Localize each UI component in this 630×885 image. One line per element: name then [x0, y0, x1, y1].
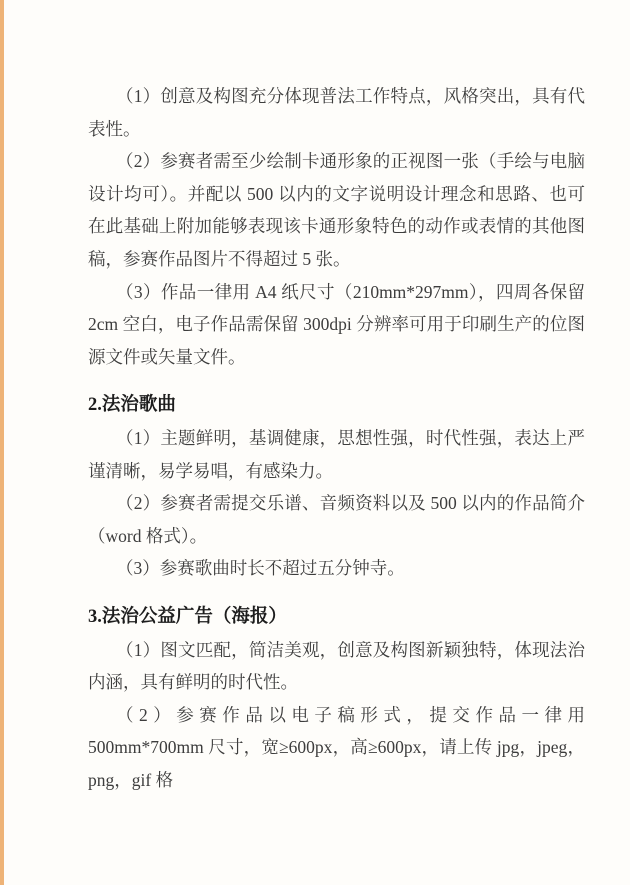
paragraph: （1）图文匹配，简洁美观，创意及构图新颖独特，体现法治内涵，具有鲜明的时代性。: [88, 634, 585, 699]
left-edge-accent-strip: [0, 0, 4, 885]
section-heading: 3.法治公益广告（海报）: [88, 601, 585, 634]
paragraph: （1）主题鲜明，基调健康，思想性强，时代性强，表达上严谨清晰，易学易唱，有感染力…: [88, 422, 585, 487]
document-content: （1）创意及构图充分体现普法工作特点，风格突出，具有代表性。（2）参赛者需至少绘…: [88, 80, 585, 796]
paragraph: （3）作品一律用 A4 纸尺寸（210mm*297mm），四周各保留 2cm 空…: [88, 276, 585, 374]
paragraph: （2）参赛者需至少绘制卡通形象的正视图一张（手绘与电脑设计均可）。并配以 500…: [88, 145, 585, 275]
paragraph: （2）参赛作品以电子稿形式，提交作品一律用 500mm*700mm 尺寸，宽≥6…: [88, 699, 585, 797]
paragraph: （1）创意及构图充分体现普法工作特点，风格突出，具有代表性。: [88, 80, 585, 145]
section-heading: 2.法治歌曲: [88, 389, 585, 422]
paragraph: （2）参赛者需提交乐谱、音频资料以及 500 以内的作品简介（word 格式）。: [88, 487, 585, 552]
paragraph: （3）参赛歌曲时长不超过五分钟寺。: [88, 552, 585, 585]
